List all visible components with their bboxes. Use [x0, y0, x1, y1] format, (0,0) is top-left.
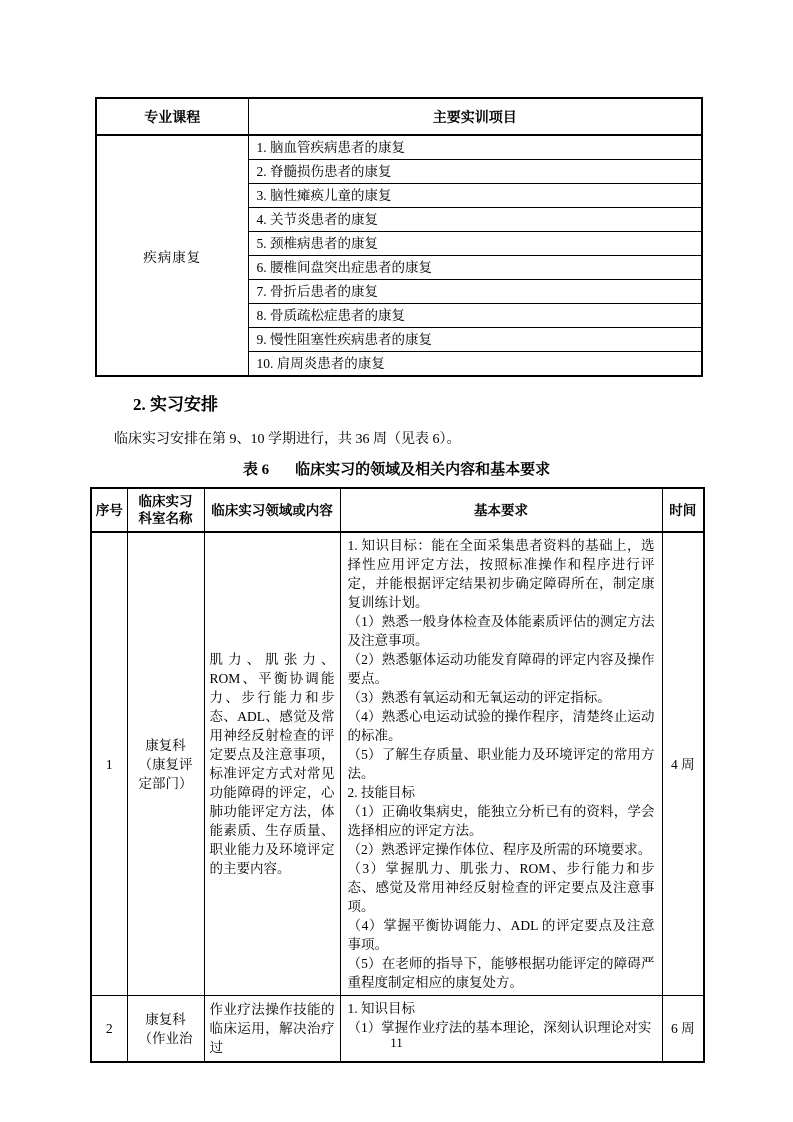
training-item-cell: 6. 腰椎间盘突出症患者的康复 — [248, 256, 702, 280]
requirements-cell: 1. 知识目标 （1）掌握作业疗法的基本理论，深刻认识理论对实 — [340, 996, 662, 1063]
column-header-time: 时间 — [662, 488, 704, 532]
column-header-content: 临床实习领域或内容 — [204, 488, 340, 532]
intro-paragraph: 临床实习安排在第 9、10 学期进行，共 36 周（见表 6）。 — [114, 428, 461, 448]
requirement-paragraph: 1. 知识目标 — [348, 999, 655, 1018]
requirement-paragraph: （3）熟悉有氧运动和无氧运动的评定指标。 — [348, 688, 655, 707]
requirement-paragraph: （5）在老师的指导下，能够根据功能评定的障碍严重程度制定相应的康复处方。 — [348, 954, 655, 992]
column-header-course: 专业课程 — [96, 98, 248, 135]
duration-cell: 6 周 — [662, 996, 704, 1063]
requirement-paragraph: （2）熟悉评定操作体位、程序及所需的环境要求。 — [348, 840, 655, 859]
header-label: 临床实习领域或内容 — [211, 503, 333, 518]
requirement-paragraph: （3）掌握肌力、肌张力、ROM、步行能力和步态、感觉及常用神经反射检查的评定要点… — [348, 859, 655, 916]
table-caption-label: 表 6 — [243, 462, 269, 478]
department-name: 康复科 — [135, 736, 197, 755]
header-label: 基本要求 — [474, 503, 528, 518]
requirement-paragraph: 2. 技能目标 — [348, 783, 655, 802]
course-category-cell: 疾病康复 — [96, 135, 248, 376]
department-name: 康复科 — [135, 1010, 197, 1029]
content-cell: 肌力、肌张力、ROM、平衡协调能力、步行能力和步态、ADL、感觉及常用神经反射检… — [204, 532, 340, 996]
table-caption-title: 临床实习的领域及相关内容和基本要求 — [295, 462, 550, 478]
requirement-paragraph: （1）正确收集病史，能独立分析已有的资料，学会选择相应的评定方法。 — [348, 802, 655, 840]
requirements-cell: 1. 知识目标：能在全面采集患者资料的基础上，选择性应用评定方法，按照标准操作和… — [340, 532, 662, 996]
header-label: 临床实习科室名称 — [136, 493, 196, 527]
training-item-cell: 1. 脑血管疾病患者的康复 — [248, 135, 702, 160]
table-header-row: 序号 临床实习科室名称 临床实习领域或内容 基本要求 时间 — [91, 488, 704, 532]
table-header-row: 专业课程 主要实训项目 — [96, 98, 702, 135]
training-item-cell: 10. 肩周炎患者的康复 — [248, 352, 702, 377]
column-header-requirements: 基本要求 — [340, 488, 662, 532]
column-header-dept: 临床实习科室名称 — [127, 488, 204, 532]
table-caption: 表 6临床实习的领域及相关内容和基本要求 — [90, 458, 703, 479]
table-row: 2 康复科 （作业治 作业疗法操作技能的临床运用，解决治疗过 1. 知识目标 （… — [91, 996, 704, 1063]
document-page: 专业课程 主要实训项目 疾病康复 1. 脑血管疾病患者的康复 2. 脊髓损伤患者… — [0, 0, 793, 1122]
row-number-cell: 1 — [91, 532, 127, 996]
requirement-paragraph: （4）熟悉心电运动试验的操作程序，清楚终止运动的标准。 — [348, 707, 655, 745]
page-number: 11 — [0, 1035, 793, 1051]
department-subname: （康复评定部门） — [135, 755, 197, 793]
department-cell: 康复科 （康复评定部门） — [127, 532, 204, 996]
requirement-paragraph: 1. 知识目标：能在全面采集患者资料的基础上，选择性应用评定方法，按照标准操作和… — [348, 536, 655, 612]
requirement-paragraph: （5）了解生存质量、职业能力及环境评定的常用方法。 — [348, 745, 655, 783]
training-item-cell: 7. 骨折后患者的康复 — [248, 280, 702, 304]
requirement-paragraph: （1）熟悉一般身体检查及体能素质评估的测定方法及注意事项。 — [348, 612, 655, 650]
table-row: 1 康复科 （康复评定部门） 肌力、肌张力、ROM、平衡协调能力、步行能力和步态… — [91, 532, 704, 996]
table-row: 疾病康复 1. 脑血管疾病患者的康复 — [96, 135, 702, 160]
requirement-paragraph: （2）熟悉躯体运动功能发育障碍的评定内容及操作要点。 — [348, 650, 655, 688]
column-header-projects: 主要实训项目 — [248, 98, 702, 135]
section-heading: 2. 实习安排 — [133, 390, 218, 415]
training-item-cell: 3. 脑性瘫痪儿童的康复 — [248, 184, 702, 208]
header-label: 序号 — [96, 503, 123, 518]
training-item-cell: 8. 骨质疏松症患者的康复 — [248, 304, 702, 328]
duration-cell: 4 周 — [662, 532, 704, 996]
requirement-paragraph: （4）掌握平衡协调能力、ADL 的评定要点及注意事项。 — [348, 916, 655, 954]
row-number-cell: 2 — [91, 996, 127, 1063]
training-item-cell: 9. 慢性阻塞性疾病患者的康复 — [248, 328, 702, 352]
department-cell: 康复科 （作业治 — [127, 996, 204, 1063]
internship-table: 序号 临床实习科室名称 临床实习领域或内容 基本要求 时间 1 康复科 （康复评… — [90, 487, 705, 1063]
training-item-cell: 4. 关节炎患者的康复 — [248, 208, 702, 232]
header-label: 时间 — [669, 503, 696, 518]
training-projects-table: 专业课程 主要实训项目 疾病康复 1. 脑血管疾病患者的康复 2. 脊髓损伤患者… — [95, 97, 703, 377]
training-item-cell: 2. 脊髓损伤患者的康复 — [248, 160, 702, 184]
column-header-no: 序号 — [91, 488, 127, 532]
training-item-cell: 5. 颈椎病患者的康复 — [248, 232, 702, 256]
content-cell: 作业疗法操作技能的临床运用，解决治疗过 — [204, 996, 340, 1063]
content-text: 肌力、肌张力、ROM、平衡协调能力、步行能力和步态、ADL、感觉及常用神经反射检… — [210, 650, 335, 878]
